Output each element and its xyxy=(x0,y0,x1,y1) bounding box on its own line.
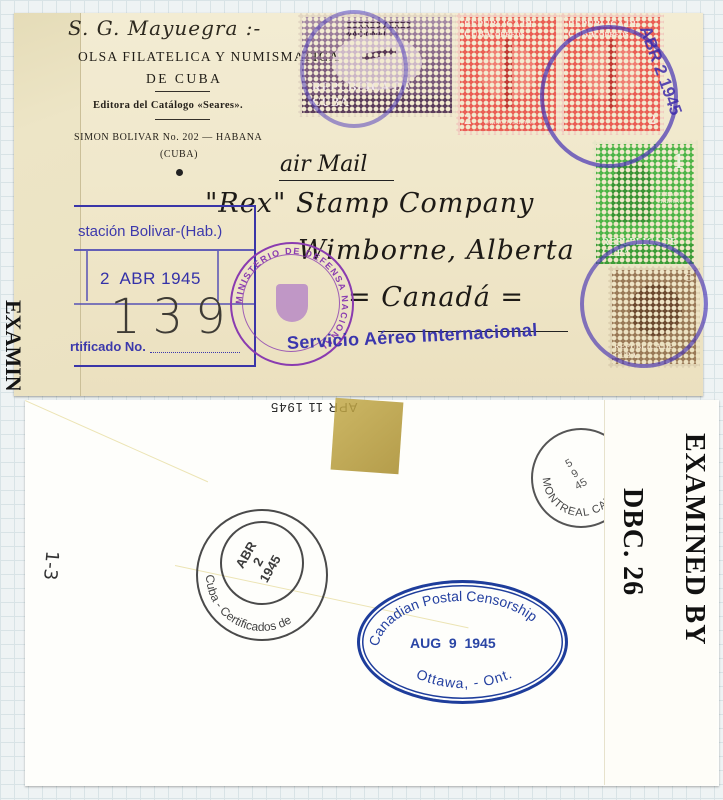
dot xyxy=(176,169,183,176)
censor-tape-line2: DBC. 26 xyxy=(616,488,648,596)
letterhead-line2: DE CUBA xyxy=(146,71,222,87)
censorship-oval-stamp: Canadian Postal Censorship Ottawa, - Ont… xyxy=(357,580,568,704)
cigar-icon xyxy=(504,39,512,109)
coat-of-arms-icon xyxy=(276,284,308,322)
hinge-tape xyxy=(331,398,404,475)
svg-text:Ottawa, - Ont.: Ottawa, - Ont. xyxy=(414,665,514,691)
sender-handwriting: S. G. Mayuegra :- xyxy=(68,16,261,40)
tape-text-front: EXAMINED BY xyxy=(6,300,26,390)
figure-icon xyxy=(612,162,652,222)
registration-office: stación Bolivar-(Hab.) xyxy=(78,223,222,240)
letterhead-rule xyxy=(155,119,210,120)
letterhead-rule xyxy=(155,91,210,92)
habana-postmark: ABR 2 1945 Cuba - Certificados de xyxy=(196,509,328,641)
airmail-note: air Mail xyxy=(280,152,367,177)
certificate-number: 139 xyxy=(110,289,238,345)
letterhead-country: (CUBA) xyxy=(160,149,198,160)
letterhead-catalog: Editora del Catálogo «Seares». xyxy=(93,100,243,111)
svg-text:Cuba - Certificados de: Cuba - Certificados de xyxy=(203,574,294,634)
airmail-underline xyxy=(279,180,394,181)
postmark-cancel xyxy=(580,240,708,368)
registration-box: stación Bolivar-(Hab.) 2 ABR 1945 139 rt… xyxy=(74,205,256,367)
registration-date: 2 ABR 1945 xyxy=(100,269,201,289)
pencil-note: 1-3 xyxy=(39,550,62,581)
censor-tape-line1: EXAMINED BY xyxy=(678,433,710,645)
certificate-label: rtificado No. xyxy=(70,339,146,354)
postmark-cancel xyxy=(300,10,408,128)
censorship-date: AUG 9 1945 xyxy=(410,635,496,651)
addressee-line3: = Canadá = xyxy=(348,282,524,313)
letterhead-address: SIMON BOLIVAR No. 202 — HABANA xyxy=(74,132,262,143)
